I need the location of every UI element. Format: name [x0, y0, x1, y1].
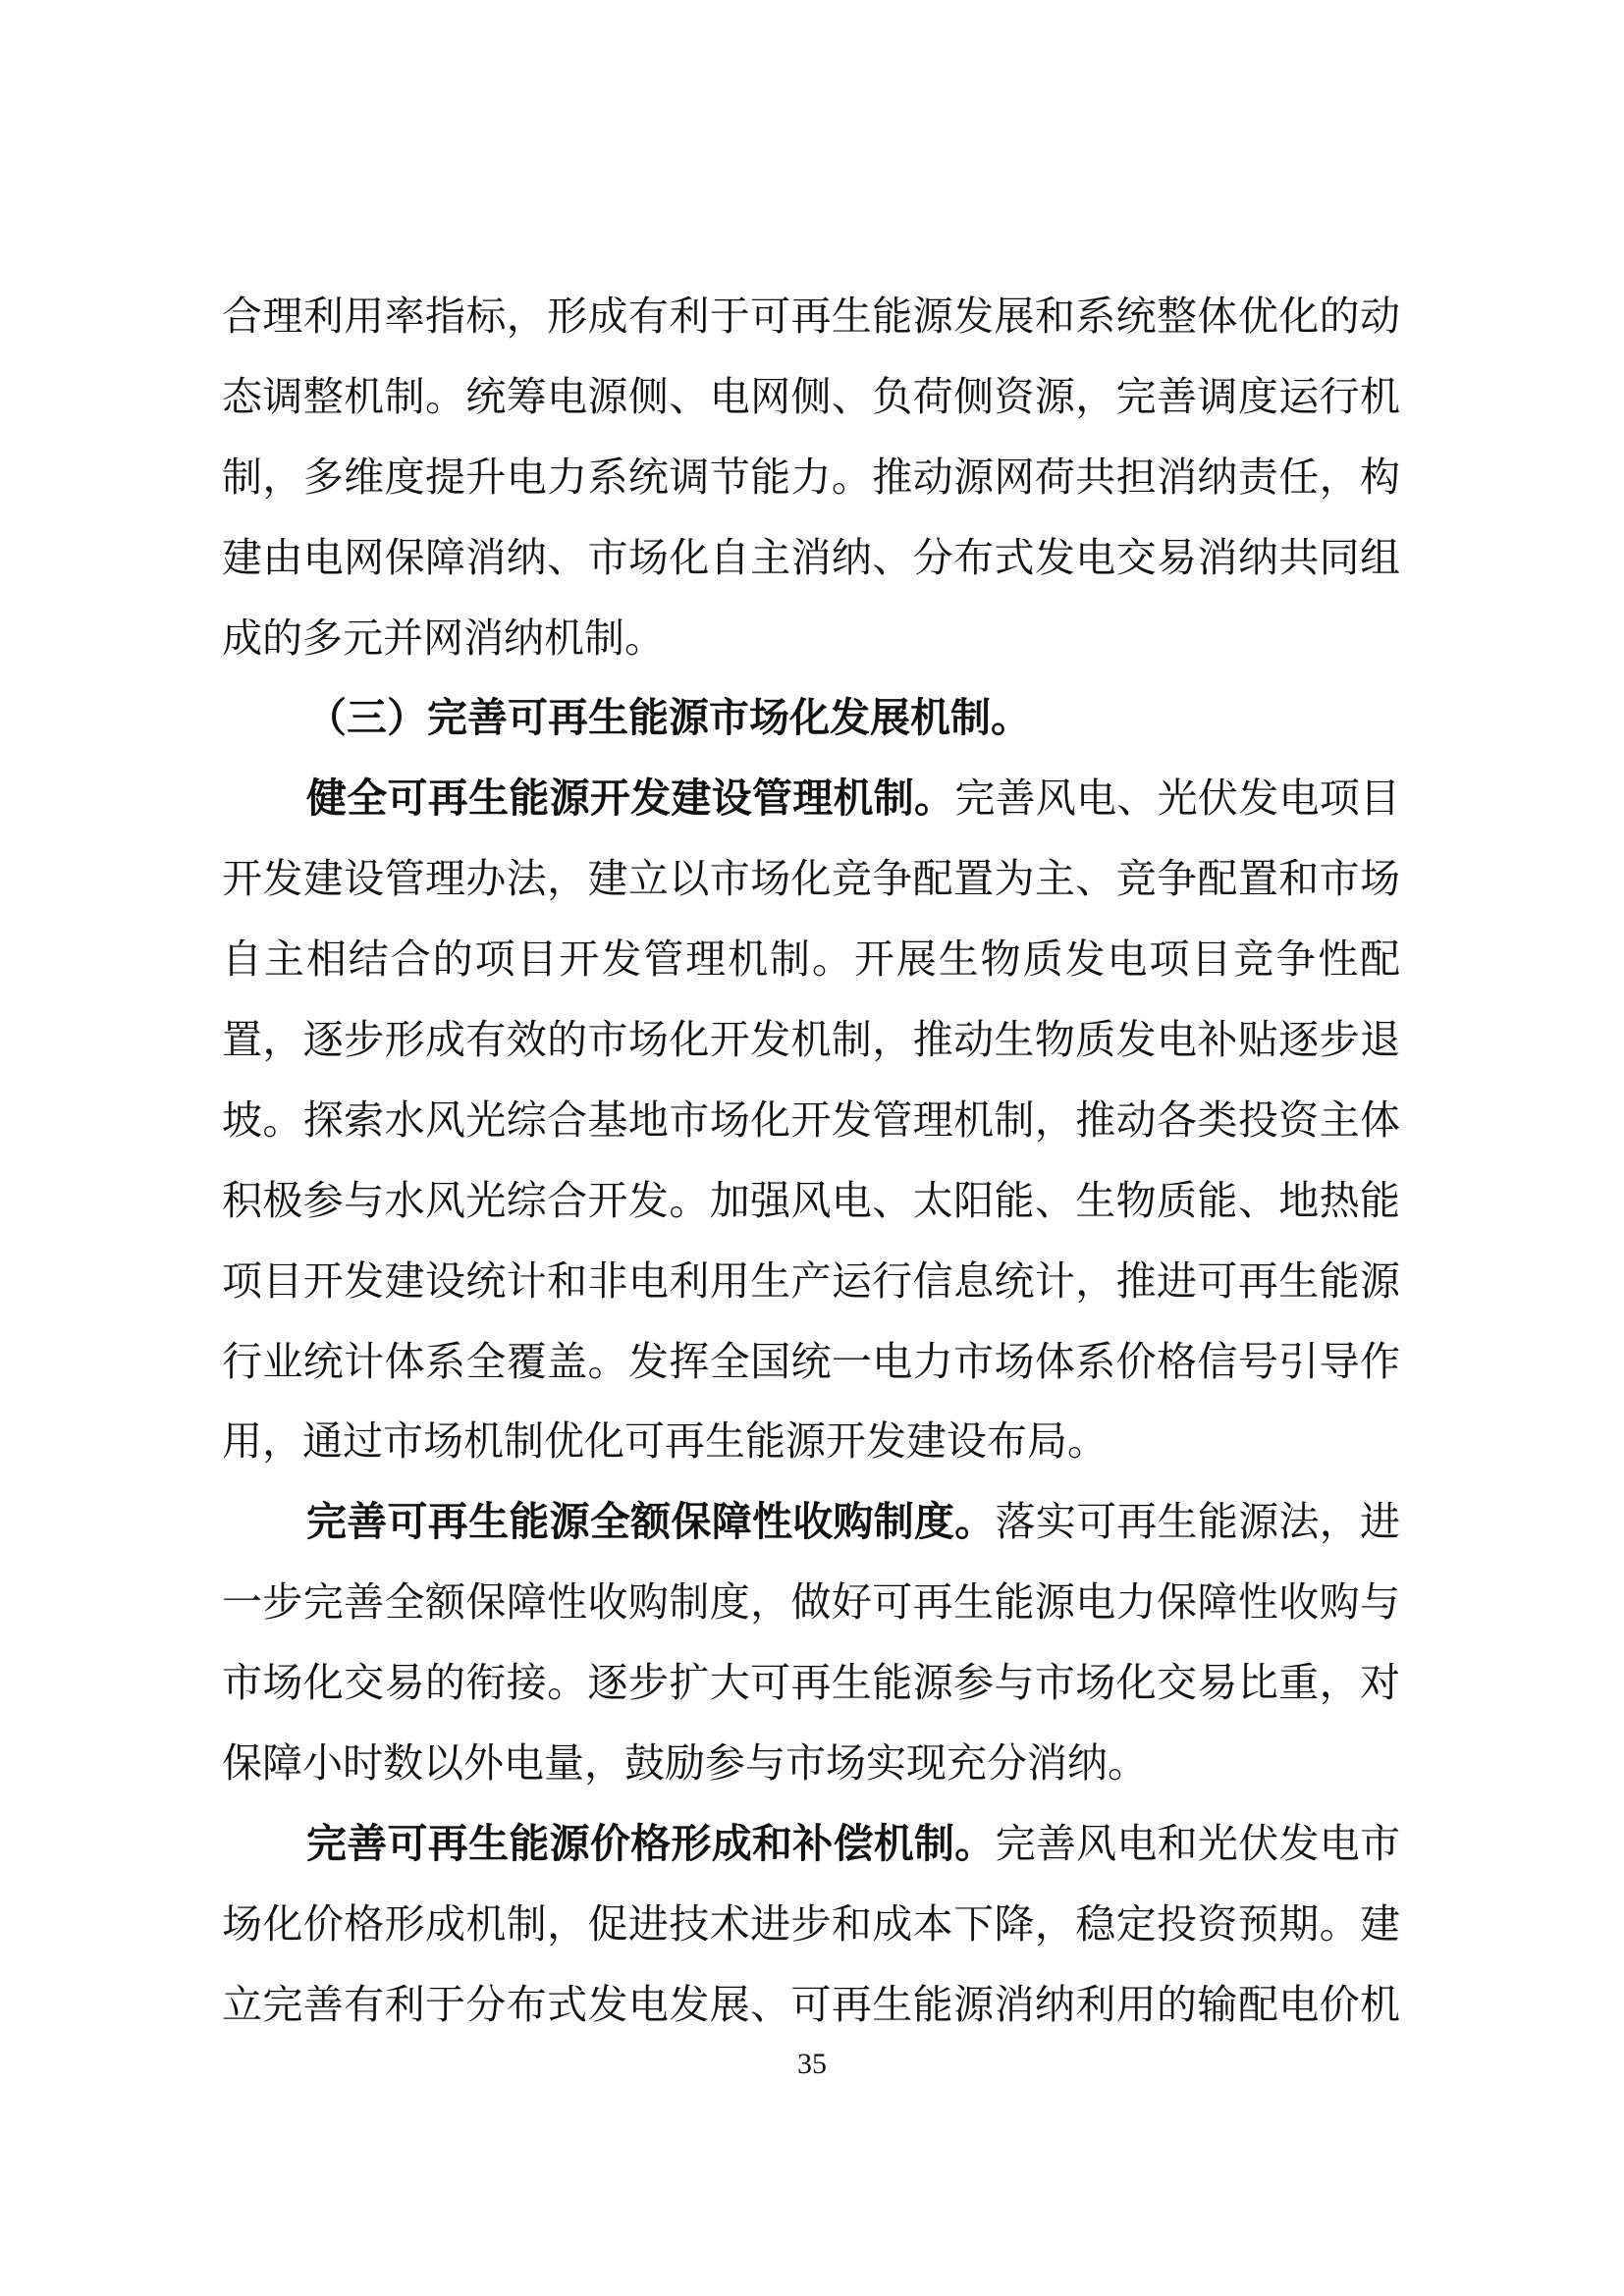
paragraph-consumption-mechanism: 合理利用率指标，形成有利于可再生能源发展和系统整体优化的动 态调整机制。统筹电源… — [222, 277, 1400, 678]
paragraph-guaranteed-purchase: 完善可再生能源全额保障性收购制度。落实可再生能源法，进 一步完善全额保障性收购制… — [222, 1482, 1400, 1804]
text-line: 行业统计体系全覆盖。发挥全国统一电力市场体系价格信号引导作 — [222, 1322, 1400, 1403]
text-line: 积极参与水风光综合开发。加强风电、太阳能、生物质能、地热能 — [222, 1161, 1400, 1242]
paragraph-lead: 完善可再生能源全额保障性收购制度。 — [306, 1498, 996, 1545]
text-line: 市场化交易的衔接。逐步扩大可再生能源参与市场化交易比重，对 — [222, 1643, 1400, 1724]
text-line: 开发建设管理办法，建立以市场化竞争配置为主、竞争配置和市场 — [222, 839, 1400, 920]
body-text: 合理利用率指标，形成有利于可再生能源发展和系统整体优化的动 态调整机制。统筹电源… — [222, 277, 1400, 2046]
text-run: 落实可再生能源法，进 — [996, 1498, 1400, 1545]
text-line: 完善可再生能源价格形成和补偿机制。完善风电和光伏发电市 — [222, 1804, 1400, 1885]
section-heading-text: （三）完善可再生能源市场化发展机制。 — [222, 678, 1400, 759]
text-line: 完善可再生能源全额保障性收购制度。落实可再生能源法，进 — [222, 1482, 1400, 1563]
text-line: 用，通过市场机制优化可再生能源开发建设布局。 — [222, 1402, 1400, 1482]
text-line: 态调整机制。统筹电源侧、电网侧、负荷侧资源，完善调度运行机 — [222, 357, 1400, 438]
section-heading: （三）完善可再生能源市场化发展机制。 — [222, 678, 1400, 759]
text-run: 完善风电和光伏发电市 — [996, 1820, 1400, 1867]
text-line: 保障小时数以外电量，鼓励参与市场实现充分消纳。 — [222, 1724, 1400, 1804]
text-line: 坡。探索水风光综合基地市场化开发管理机制，推动各类投资主体 — [222, 1081, 1400, 1161]
text-line: 制，多维度提升电力系统调节能力。推动源网荷共担消纳责任，构 — [222, 438, 1400, 518]
paragraph-development-management: 健全可再生能源开发建设管理机制。完善风电、光伏发电项目 开发建设管理办法，建立以… — [222, 759, 1400, 1482]
text-line: 置，逐步形成有效的市场化开发机制，推动生物质发电补贴逐步退 — [222, 1000, 1400, 1081]
text-line: 合理利用率指标，形成有利于可再生能源发展和系统整体优化的动 — [222, 277, 1400, 357]
text-line: 自主相结合的项目开发管理机制。开展生物质发电项目竞争性配 — [222, 920, 1400, 1000]
text-line: 项目开发建设统计和非电利用生产运行信息统计，推进可再生能源 — [222, 1242, 1400, 1322]
text-line: 一步完善全额保障性收购制度，做好可再生能源电力保障性收购与 — [222, 1563, 1400, 1643]
text-line: 成的多元并网消纳机制。 — [222, 599, 1400, 679]
paragraph-lead: 完善可再生能源价格形成和补偿机制。 — [306, 1820, 996, 1867]
text-line: 健全可再生能源开发建设管理机制。完善风电、光伏发电项目 — [222, 759, 1400, 839]
text-line: 场化价格形成机制，促进技术进步和成本下降，稳定投资预期。建 — [222, 1885, 1400, 1965]
paragraph-price-compensation: 完善可再生能源价格形成和补偿机制。完善风电和光伏发电市 场化价格形成机制，促进技… — [222, 1804, 1400, 2046]
text-line: 建由电网保障消纳、市场化自主消纳、分布式发电交易消纳共同组 — [222, 518, 1400, 599]
document-page: 合理利用率指标，形成有利于可再生能源发展和系统整体优化的动 态调整机制。统筹电源… — [0, 0, 1624, 2296]
text-line: 立完善有利于分布式发电发展、可再生能源消纳利用的输配电价机 — [222, 1965, 1400, 2046]
paragraph-lead: 健全可再生能源开发建设管理机制。 — [306, 774, 954, 822]
text-run: 完善风电、光伏发电项目 — [954, 774, 1400, 822]
page-number: 35 — [0, 2048, 1624, 2081]
